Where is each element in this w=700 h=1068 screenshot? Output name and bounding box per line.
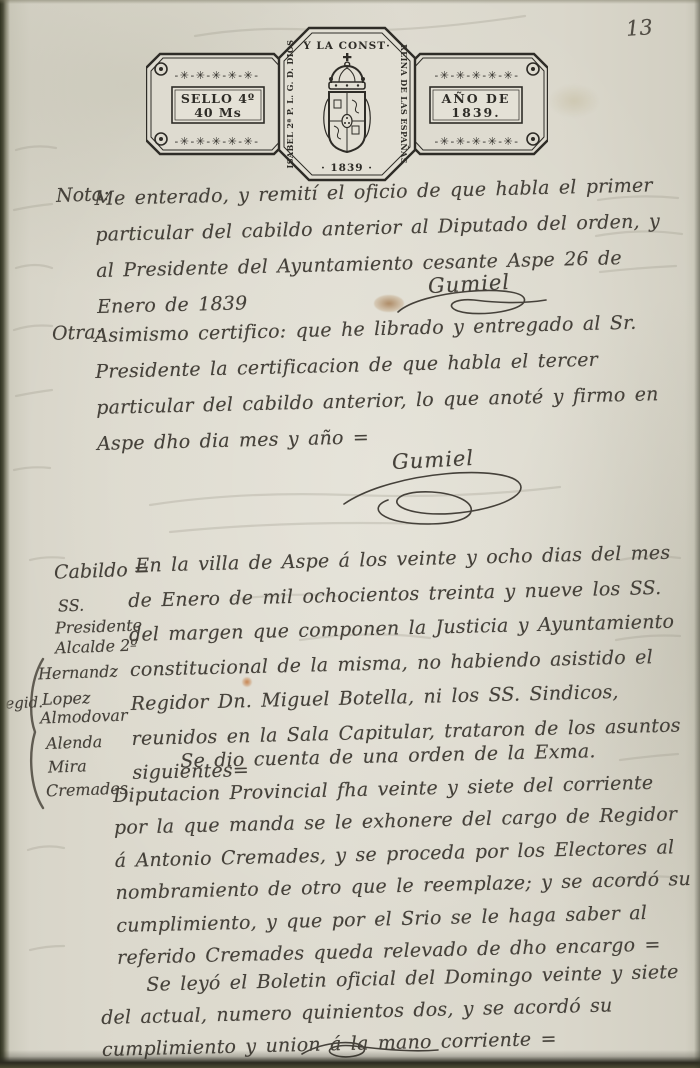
ornament-row-icon: -✳-✳-✳-✳-✳- bbox=[435, 135, 520, 148]
stamp-motto-right: REINA DE LAS ESPAÑAS bbox=[399, 44, 409, 164]
signature-gumiel: Gumiel bbox=[427, 270, 510, 298]
margin-attendee: Alenda bbox=[46, 733, 103, 753]
scan-top-edge bbox=[0, 0, 700, 4]
manuscript-page: 13 -✳-✳-✳-✳-✳- -✳-✳-✳-✳-✳- SELLO 4º 40 M… bbox=[0, 0, 700, 1068]
attendees-bracket-icon bbox=[24, 656, 48, 812]
ornament-row-icon: -✳-✳-✳-✳-✳- bbox=[175, 69, 260, 82]
signature-rubric-icon bbox=[330, 460, 550, 538]
rust-speck bbox=[242, 677, 252, 687]
cabildo-paragraph: Se dio cuenta de una orden de la Exma. D… bbox=[112, 733, 697, 975]
stamp-royal-emblem: Y LA CONST· · 1839 · ISABEL 2ª P. L. G. … bbox=[279, 28, 415, 180]
ornament-row-icon: -✳-✳-✳-✳-✳- bbox=[435, 69, 520, 82]
stamp-year-label: AÑO DE bbox=[441, 91, 511, 106]
margin-attendee: Almodovar bbox=[40, 706, 128, 727]
stamp-motto-left: ISABEL 2ª P. L. G. D. DIOS bbox=[285, 40, 295, 169]
stamp-motto-top: Y LA CONST· bbox=[302, 40, 391, 52]
scan-left-edge bbox=[0, 0, 10, 1068]
margin-attendee: Alcalde 2º bbox=[55, 637, 138, 658]
signature-gumiel: Gumiel bbox=[391, 446, 474, 474]
stamp-motto-bottom: · 1839 · bbox=[321, 162, 373, 174]
folio-number: 13 bbox=[625, 15, 653, 41]
scan-right-edge bbox=[694, 0, 700, 1068]
tax-stamp: -✳-✳-✳-✳-✳- -✳-✳-✳-✳-✳- SELLO 4º 40 Ms -… bbox=[146, 26, 548, 184]
margin-attendee: Hernandz bbox=[38, 663, 118, 684]
scan-bottom-edge bbox=[0, 1050, 700, 1068]
margin-attendee: Mira bbox=[48, 757, 87, 776]
margin-attendee: Lopez bbox=[42, 689, 91, 709]
otra-text: Asimismo certifico: que he librado y ent… bbox=[94, 304, 671, 462]
ornament-row-icon: -✳-✳-✳-✳-✳- bbox=[175, 135, 260, 148]
stamp-class-label: SELLO 4º bbox=[181, 91, 255, 106]
signature-block: Gumiel bbox=[388, 268, 568, 320]
stamp-sello-panel: -✳-✳-✳-✳-✳- -✳-✳-✳-✳-✳- SELLO 4º 40 Ms bbox=[146, 54, 288, 154]
margin-ss-label: SS. bbox=[58, 597, 85, 616]
paper-discoloration bbox=[548, 84, 600, 118]
stamp-year-panel: -✳-✳-✳-✳-✳- -✳-✳-✳-✳-✳- AÑO DE 1839. bbox=[406, 54, 548, 154]
stamp-year-value: 1839. bbox=[451, 105, 500, 120]
signature-block: Gumiel bbox=[330, 446, 550, 526]
stamp-price-label: 40 Ms bbox=[194, 105, 242, 120]
